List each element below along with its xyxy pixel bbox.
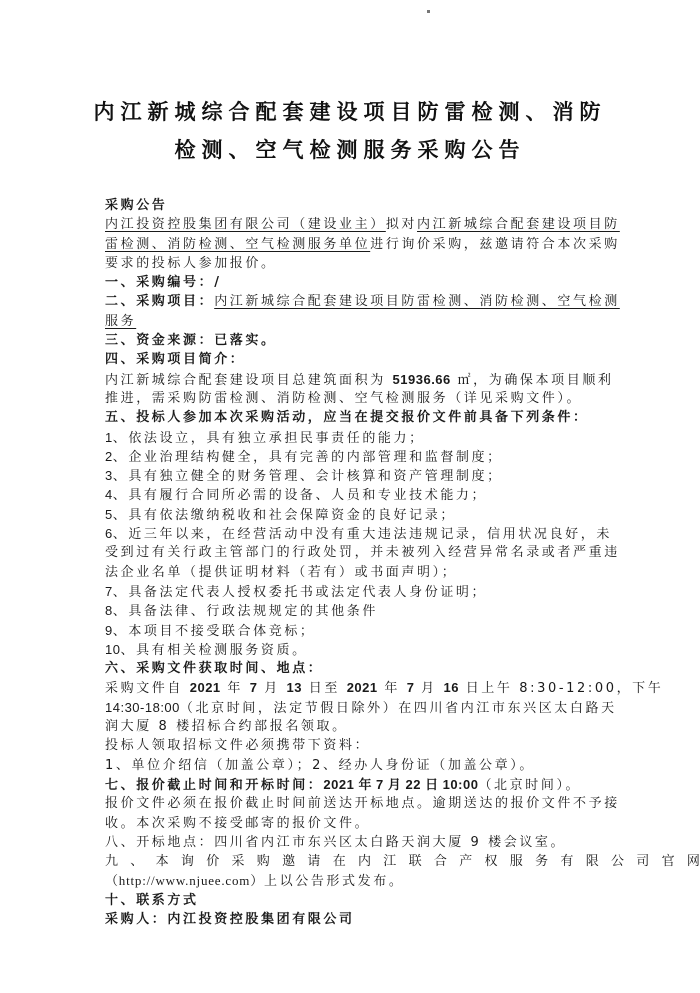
section-2: 二、采购项目：内江新城综合配套建设项目防雷检测、消防检测、空气检测 [105, 292, 597, 311]
text: 年 [221, 681, 250, 696]
section-4-line-1: 内江新城综合配套建设项目总建筑面积为 51936.66 ㎡，为确保本项目顺利 [105, 370, 597, 389]
project-name-part2: 雷检测、消防检测、空气检测服务单位 [105, 237, 370, 252]
section-4-label: 四、采购项目简介： [105, 350, 597, 369]
section-7-line-2: 报价文件必须在报价截止时间前送达开标地点。逾期送达的报价文件不予接 [105, 794, 597, 813]
section-6-line-2: 14:30-18:00（北京时间，法定节假日除外）在四川省内江市东兴区太白路天 [105, 698, 597, 717]
item-number: 3 [105, 468, 113, 483]
section-5-label: 五、投标人参加本次采购活动，应当在提交报价文件前具备下列条件： [105, 408, 597, 427]
section-3: 三、资金来源：已落实。 [105, 331, 597, 350]
materials-list: 1、单位介绍信（加盖公章）；2、经办人身份证（加盖公章）。 [105, 756, 597, 775]
text: 内江新城综合配套建设项目总建筑面积为 [105, 373, 393, 388]
list-item-cont: 受到过有关行政主管部门的行政处罚，并未被列入经营异常名录或者严重违 [105, 543, 597, 562]
item-text: 、依法设立，具有独立承担民事责任的能力； [113, 431, 425, 446]
item-text: 、具备法定代表人授权委托书或法定代表人身份证明； [113, 585, 487, 600]
document-body: 采购公告 内江投资控股集团有限公司（建设业主）拟对内江新城综合配套建设项目防 雷… [105, 196, 597, 929]
purchaser: 采购人：内江投资控股集团有限公司 [105, 910, 597, 929]
end-year: 2021 [347, 680, 378, 695]
intro-line-3: 要求的投标人参加报价。 [105, 254, 597, 273]
list-item: 7、具备法定代表人授权委托书或法定代表人身份证明； [105, 582, 597, 601]
text: 年 [378, 681, 407, 696]
intro-line-1: 内江投资控股集团有限公司（建设业主）拟对内江新城综合配套建设项目防 [105, 215, 597, 234]
list-item-cont: 法企业名单（提供证明材料（若有）或书面声明）； [105, 563, 597, 582]
end-day: 16 [444, 680, 459, 695]
section-2-label: 二、采购项目： [105, 294, 214, 309]
project-name-part1: 内江新城综合配套建设项目防 [417, 217, 620, 232]
section-7: 七、报价截止时间和开标时间：2021 年 7 月 22 日 10:00（北京时间… [105, 775, 597, 794]
text: 采购文件自 [105, 681, 190, 696]
list-item: 2、企业治理结构健全，具有完善的内部管理和监督制度； [105, 447, 597, 466]
text: 上以公告形式发布。 [264, 874, 404, 889]
intro-rest: 进行询价采购，兹邀请符合本次采购 [370, 237, 620, 252]
list-item: 9、本项目不接受联合体竞标； [105, 621, 597, 640]
text: （北京时间，法定节假日除外）在四川省内江市东兴区太白路天 [180, 701, 617, 716]
item-number: 4 [105, 487, 113, 502]
procurement-item-cont: 服务 [105, 314, 136, 329]
website-link[interactable]: （http://www.njuee.com） [105, 873, 264, 888]
procurement-item: 内江新城综合配套建设项目防雷检测、消防检测、空气检测 [214, 294, 620, 309]
afternoon-hours: 14:30-18:00 [105, 700, 180, 715]
section-10: 十、联系方式 [105, 891, 597, 910]
intro-heading: 采购公告 [105, 196, 597, 215]
section-1-label: 一、采购编号： [105, 275, 214, 290]
item-text: 、具备法律、行政法规规定的其他条件 [113, 604, 378, 619]
item-text: 、具有相关检测服务资质。 [120, 643, 307, 658]
list-item: 10、具有相关检测服务资质。 [105, 640, 597, 659]
section-6-label: 六、采购文件获取时间、地点： [105, 659, 597, 678]
timezone-note: （北京时间）。 [478, 778, 581, 793]
materials-label: 投标人领取招标文件必须携带下资料： [105, 736, 597, 755]
procurement-number: / [214, 275, 221, 290]
document-title-line-1: 内江新城综合配套建设项目防雷检测、消防 [0, 96, 700, 126]
text: 月 [414, 681, 443, 696]
text: ㎡，为确保本项目顺利 [451, 373, 614, 388]
list-item: 5、具有依法缴纳税收和社会保障资金的良好记录； [105, 505, 597, 524]
list-item: 1、依法设立，具有独立承担民事责任的能力； [105, 428, 597, 447]
section-4-line-2: 推进，需采购防雷检测、消防检测、空气检测服务（详见采购文件）。 [105, 389, 597, 408]
owner-name: 内江投资控股集团有限公司（建设业主） [105, 217, 386, 232]
list-item: 8、具备法律、行政法规规定的其他条件 [105, 601, 597, 620]
section-8: 八、开标地点：四川省内江市东兴区太白路天润大厦 9 楼会议室。 [105, 833, 597, 852]
section-9-line-2: （http://www.njuee.com）上以公告形式发布。 [105, 871, 597, 890]
section-6-line-1: 采购文件自 2021 年 7 月 13 日至 2021 年 7 月 16 日上午… [105, 678, 597, 697]
start-day: 13 [287, 680, 302, 695]
section-1: 一、采购编号：/ [105, 273, 597, 292]
text: 日至 [302, 681, 347, 696]
item-number: 6 [105, 526, 113, 541]
item-text: 、近三年以来，在经营活动中没有重大违法违规记录，信用状况良好，未 [113, 527, 612, 542]
item-number: 1 [105, 430, 113, 445]
text: 日上午 8:30-12:00，下午 [459, 681, 663, 696]
item-text: 、具有依法缴纳税收和社会保障资金的良好记录； [113, 508, 456, 523]
intro-verb: 拟对 [386, 217, 417, 232]
item-text: 、具有独立健全的财务管理、会计核算和资产管理制度； [113, 469, 503, 484]
list-item: 3、具有独立健全的财务管理、会计核算和资产管理制度； [105, 466, 597, 485]
item-text: 、具有履行合同所必需的设备、人员和专业技术能力； [113, 488, 487, 503]
item-text: 、企业治理结构健全，具有完善的内部管理和监督制度； [113, 450, 503, 465]
item-number: 9 [105, 623, 113, 638]
section-9-line-1: 九、本询价采购邀请在内江联合产权服务有限公司官网 [105, 852, 597, 871]
item-number: 8 [105, 603, 113, 618]
section-7-line-3: 收。本次采购不接受邮寄的报价文件。 [105, 814, 597, 833]
item-text: 、本项目不接受联合体竞标； [113, 624, 316, 639]
item-number: 5 [105, 507, 113, 522]
item-number: 2 [105, 449, 113, 464]
list-item: 4、具有履行合同所必需的设备、人员和专业技术能力； [105, 485, 597, 504]
list-item: 6、近三年以来，在经营活动中没有重大违法违规记录，信用状况良好，未 [105, 524, 597, 543]
section-6-line-3: 润大厦 8 楼招标合约部报名领取。 [105, 717, 597, 736]
deadline-datetime: 2021 年 7 月 22 日 10:00 [323, 777, 478, 792]
item-text: 受到过有关行政主管部门的行政处罚，并未被列入经营异常名录或者严重违 [105, 545, 620, 560]
intro-line-2: 雷检测、消防检测、空气检测服务单位进行询价采购，兹邀请符合本次采购 [105, 235, 597, 254]
building-area: 51936.66 [393, 372, 451, 387]
item-number: 10 [105, 642, 120, 657]
item-text: 法企业名单（提供证明材料（若有）或书面声明）； [105, 565, 457, 580]
document-title-line-2: 检测、空气检测服务采购公告 [0, 134, 700, 164]
text: 月 [257, 681, 286, 696]
scan-speck [427, 10, 430, 13]
start-year: 2021 [190, 680, 221, 695]
item-number: 7 [105, 584, 113, 599]
section-7-label: 七、报价截止时间和开标时间： [105, 778, 323, 793]
